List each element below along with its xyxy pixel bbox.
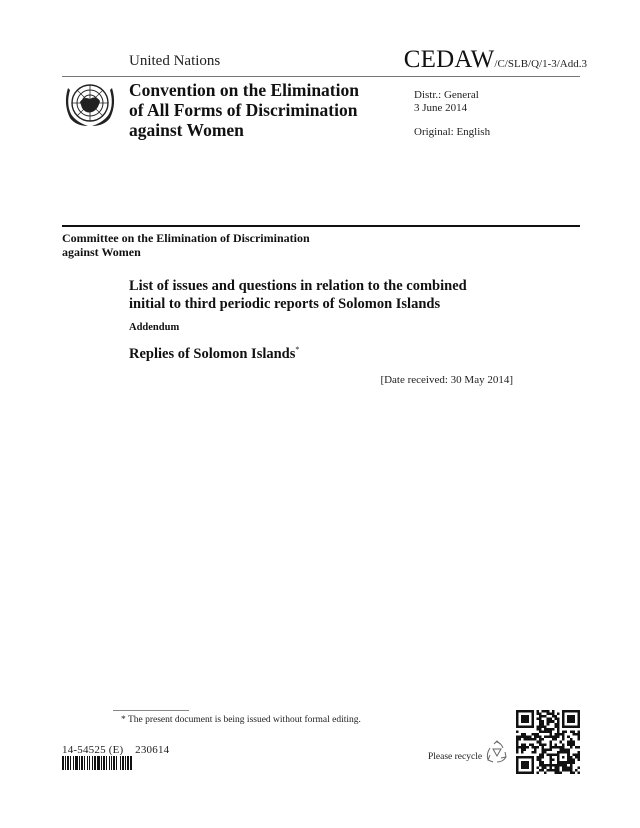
replies-title: Replies of Solomon Islands*: [129, 345, 299, 363]
organization-name: United Nations: [129, 53, 220, 70]
recycle-label: Please recycle: [428, 752, 482, 762]
document-title: List of issues and questions in relation…: [129, 277, 467, 313]
issue-date: 3 June 2014: [414, 102, 479, 115]
committee-name: Committee on the Elimination of Discrimi…: [62, 231, 310, 259]
addendum-label: Addendum: [129, 322, 179, 333]
symbol-main: CEDAW: [404, 46, 495, 73]
section-rule: [62, 225, 580, 227]
document-number: 14-54525 (E) 230614: [62, 744, 169, 756]
un-emblem-icon: [62, 80, 118, 128]
distribution: Distr.: General: [414, 89, 479, 102]
distribution-info: Distr.: General 3 June 2014: [414, 89, 479, 115]
symbol-suffix: /C/SLB/Q/1-3/Add.3: [494, 58, 587, 70]
document-symbol: CEDAW/C/SLB/Q/1-3/Add.3: [404, 46, 587, 74]
header-rule: [62, 76, 580, 77]
qr-code-icon: [516, 710, 580, 774]
convention-title: Convention on the Elimination of All For…: [129, 80, 359, 140]
recycle-icon: [485, 740, 509, 766]
barcode-icon: [62, 756, 166, 770]
footnote: * The present document is being issued w…: [121, 715, 361, 725]
footnote-rule: [113, 710, 189, 711]
original-language: Original: English: [414, 126, 490, 138]
footnote-mark: *: [295, 345, 299, 354]
date-received: [Date received: 30 May 2014]: [380, 374, 513, 386]
